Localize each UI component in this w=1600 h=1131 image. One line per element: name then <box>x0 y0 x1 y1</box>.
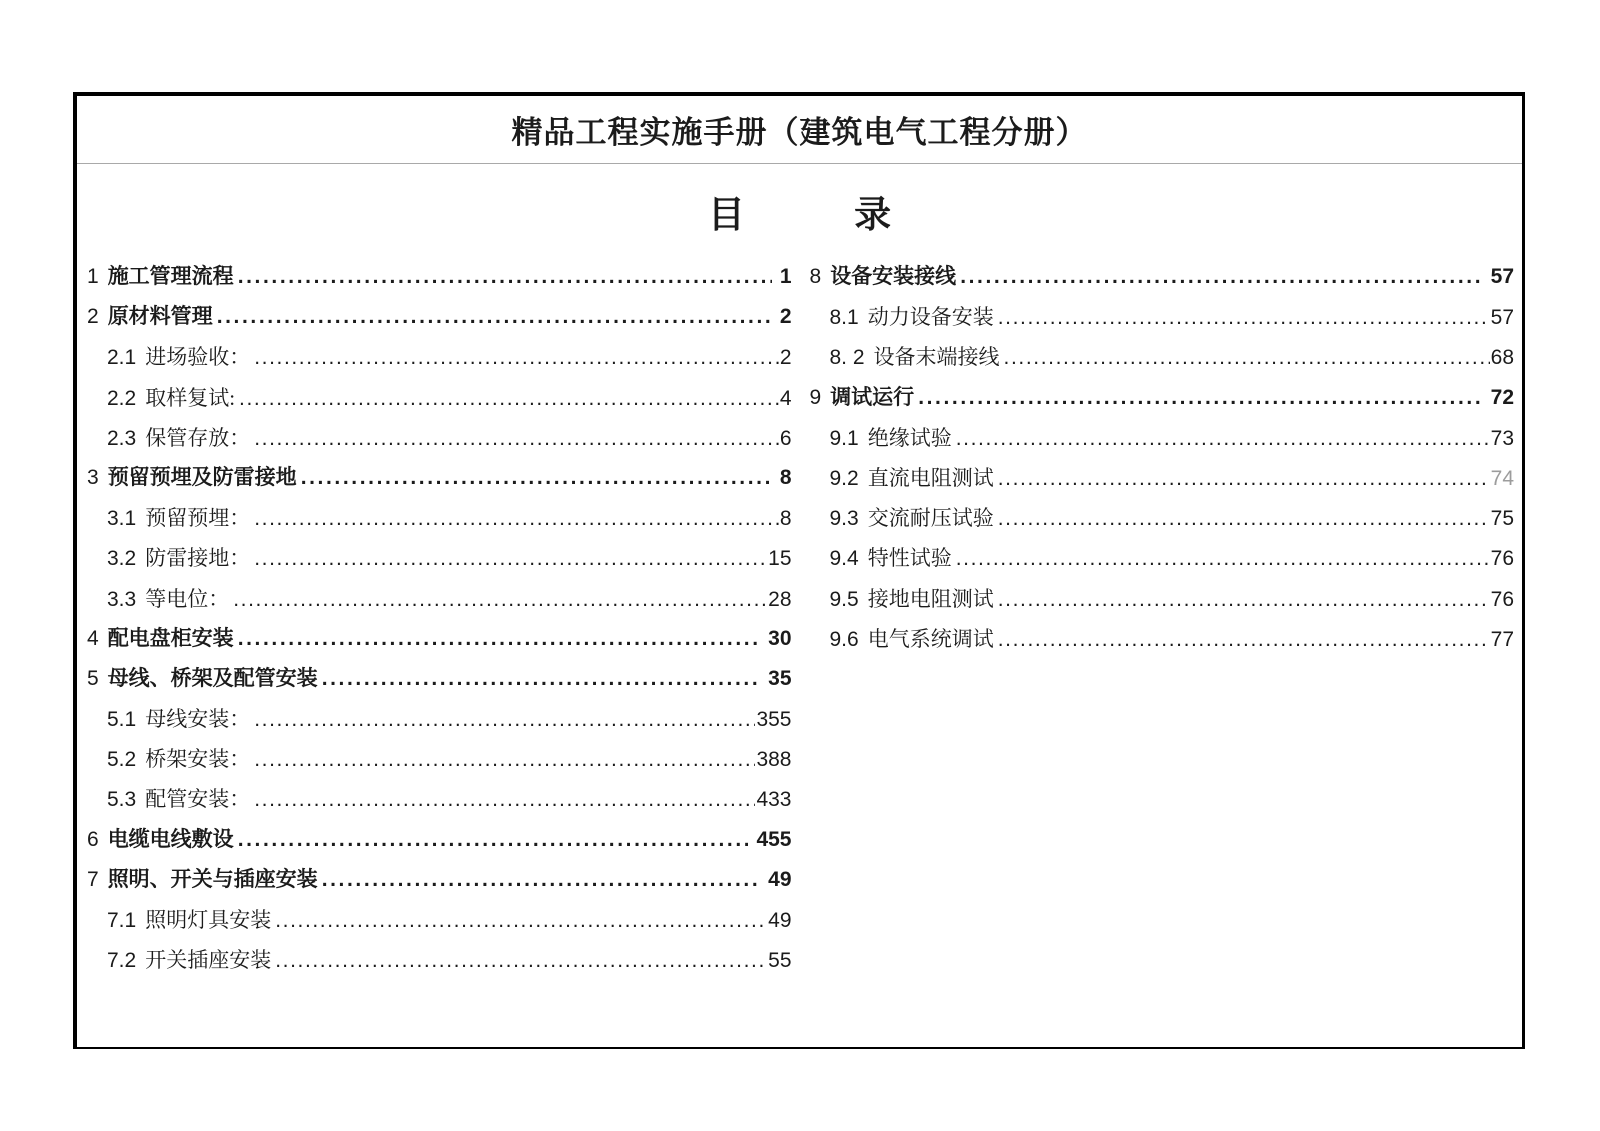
toc-leader-dots <box>254 539 767 579</box>
toc: 1施工管理流程12原材料管理22.1进场验收：22.2取样复试:42.3保管存放… <box>87 257 1514 980</box>
toc-entry-label: 母线安装： <box>145 699 250 739</box>
toc-entry: 1施工管理流程1 <box>87 257 792 297</box>
toc-entry-label: 设备末端接线 <box>874 337 1000 377</box>
toc-entry-number: 1 <box>87 257 99 297</box>
toc-entry-number: 9.5 <box>830 580 859 620</box>
toc-entry-label: 预留预埋及防雷接地 <box>108 458 297 498</box>
toc-leader-dots <box>998 459 1490 499</box>
toc-page-number: 30 <box>768 619 791 659</box>
toc-entry-label: 直流电阻测试 <box>868 458 994 498</box>
toc-entry-label: 桥架安装： <box>145 739 250 779</box>
toc-entry: 7照明、开关与插座安装49 <box>87 860 792 900</box>
toc-entry: 3.3等电位：28 <box>87 579 792 619</box>
toc-leader-dots <box>239 379 779 419</box>
toc-entry-label: 绝缘试验 <box>868 418 952 458</box>
toc-page-number: 57 <box>1491 257 1514 297</box>
toc-entry-number: 3.1 <box>107 499 136 539</box>
toc-entry-number: 5 <box>87 659 99 699</box>
toc-leader-dots <box>238 257 772 297</box>
toc-entry-label: 取样复试: <box>145 378 235 418</box>
toc-leader-dots <box>998 298 1490 338</box>
toc-leader-dots <box>254 780 755 820</box>
toc-page-number: 8 <box>780 499 792 539</box>
toc-leader-dots <box>960 257 1482 297</box>
toc-leader-dots <box>254 740 755 780</box>
toc-page-number: 1 <box>780 257 792 297</box>
toc-page-number: 8 <box>780 458 792 498</box>
toc-entry-number: 3 <box>87 458 99 498</box>
toc-entry-number: 3.2 <box>107 539 136 579</box>
toc-leader-dots <box>1004 338 1490 378</box>
toc-page-number: 74 <box>1491 459 1514 499</box>
toc-entry: 7.2开关插座安装55 <box>87 940 792 980</box>
toc-entry-number: 5.2 <box>107 740 136 780</box>
toc-page-number: 73 <box>1491 419 1514 459</box>
toc-leader-dots <box>301 458 772 498</box>
content-frame: 精品工程实施手册（建筑电气工程分册） 目 录 1施工管理流程12原材料管理22.… <box>73 92 1525 1049</box>
toc-leader-dots <box>998 620 1490 660</box>
toc-page-number: 35 <box>768 659 791 699</box>
toc-entry-label: 施工管理流程 <box>108 257 234 297</box>
toc-entry-label: 动力设备安装 <box>868 297 994 337</box>
toc-entry-number: 9.6 <box>830 620 859 660</box>
toc-page-number: 76 <box>1491 580 1514 620</box>
toc-page-number: 355 <box>756 700 791 740</box>
toc-entry: 9.4特性试验76 <box>810 538 1515 578</box>
toc-entry-number: 7 <box>87 860 99 900</box>
toc-heading: 目 录 <box>77 184 1522 238</box>
toc-entry-number: 8.1 <box>830 298 859 338</box>
toc-entry: 7.1照明灯具安装49 <box>87 900 792 940</box>
toc-entry: 2.3保管存放：6 <box>87 418 792 458</box>
toc-page-number: 6 <box>780 419 792 459</box>
toc-page-number: 433 <box>756 780 791 820</box>
toc-page-number: 77 <box>1491 620 1514 660</box>
toc-entry-label: 保管存放： <box>145 418 250 458</box>
toc-entry-number: 6 <box>87 820 99 860</box>
toc-entry-label: 设备安装接线 <box>830 257 956 297</box>
toc-leader-dots <box>322 860 760 900</box>
toc-entry: 2.2取样复试:4 <box>87 378 792 418</box>
toc-entry-number: 2 <box>87 297 99 337</box>
toc-entry: 5.3配管安装：433 <box>87 779 792 819</box>
toc-entry-label: 电气系统调试 <box>868 619 994 659</box>
toc-entry-label: 防雷接地： <box>145 538 250 578</box>
toc-leader-dots <box>217 297 772 337</box>
toc-entry: 6电缆电线敷设455 <box>87 820 792 860</box>
toc-entry: 8.1动力设备安装57 <box>810 297 1515 337</box>
toc-leader-dots <box>998 580 1490 620</box>
toc-entry-label: 接地电阻测试 <box>868 579 994 619</box>
toc-entry-number: 9.1 <box>830 419 859 459</box>
toc-column-right: 8设备安装接线578.1动力设备安装578. 2设备末端接线689调试运行729… <box>810 257 1515 980</box>
toc-entry-number: 5.3 <box>107 780 136 820</box>
toc-leader-dots <box>956 539 1490 579</box>
toc-entry: 9.2直流电阻测试74 <box>810 458 1515 498</box>
toc-leader-dots <box>254 419 779 459</box>
toc-entry-number: 8. 2 <box>830 338 865 378</box>
toc-entry: 5.1母线安装：355 <box>87 699 792 739</box>
toc-page-number: 455 <box>756 820 791 860</box>
toc-entry-label: 原材料管理 <box>108 297 213 337</box>
toc-leader-dots <box>233 580 767 620</box>
toc-entry-number: 9.3 <box>830 499 859 539</box>
toc-entry: 5母线、桥架及配管安装35 <box>87 659 792 699</box>
toc-entry-label: 配电盘柜安装 <box>108 619 234 659</box>
toc-entry-label: 照明灯具安装 <box>145 900 271 940</box>
toc-entry-label: 进场验收： <box>145 337 250 377</box>
toc-entry: 9.6电气系统调试77 <box>810 619 1515 659</box>
toc-page-number: 15 <box>768 539 791 579</box>
toc-page-number: 2 <box>780 297 792 337</box>
toc-page-number: 57 <box>1491 298 1514 338</box>
toc-entry: 9.1绝缘试验73 <box>810 418 1515 458</box>
toc-entry: 9.3交流耐压试验75 <box>810 498 1515 538</box>
toc-leader-dots <box>238 820 749 860</box>
toc-entry: 5.2桥架安装：388 <box>87 739 792 779</box>
toc-entry-label: 开关插座安装 <box>145 940 271 980</box>
toc-entry-number: 9 <box>810 378 822 418</box>
toc-page-number: 4 <box>780 379 792 419</box>
toc-entry-number: 8 <box>810 257 822 297</box>
toc-entry-number: 9.4 <box>830 539 859 579</box>
toc-entry-label: 调试运行 <box>830 378 914 418</box>
toc-entry-number: 3.3 <box>107 580 136 620</box>
toc-leader-dots <box>998 499 1490 539</box>
toc-entry: 9.5接地电阻测试76 <box>810 579 1515 619</box>
toc-page-number: 28 <box>768 580 791 620</box>
toc-entry: 8. 2设备末端接线68 <box>810 337 1515 377</box>
toc-entry-label: 照明、开关与插座安装 <box>108 860 318 900</box>
toc-page-number: 75 <box>1491 499 1514 539</box>
toc-leader-dots <box>918 378 1482 418</box>
toc-leader-dots <box>254 700 755 740</box>
document-header: 精品工程实施手册（建筑电气工程分册） <box>77 96 1522 164</box>
toc-entry-number: 2.2 <box>107 379 136 419</box>
toc-page-number: 49 <box>768 901 791 941</box>
toc-entry: 8设备安装接线57 <box>810 257 1515 297</box>
toc-entry-label: 交流耐压试验 <box>868 498 994 538</box>
toc-page-number: 68 <box>1491 338 1514 378</box>
toc-entry-label: 配管安装： <box>145 779 250 819</box>
toc-entry: 2.1进场验收：2 <box>87 337 792 377</box>
toc-page-number: 55 <box>768 941 791 981</box>
toc-leader-dots <box>238 619 760 659</box>
toc-entry: 3预留预埋及防雷接地8 <box>87 458 792 498</box>
toc-entry: 4配电盘柜安装30 <box>87 619 792 659</box>
toc-entry: 9调试运行72 <box>810 378 1515 418</box>
toc-entry: 3.1预留预埋：8 <box>87 498 792 538</box>
toc-entry-label: 电缆电线敷设 <box>108 820 234 860</box>
toc-entry-number: 9.2 <box>830 459 859 499</box>
toc-entry-number: 4 <box>87 619 99 659</box>
toc-entry-label: 预留预埋： <box>145 498 250 538</box>
toc-entry-number: 7.2 <box>107 941 136 981</box>
toc-page-number: 72 <box>1491 378 1514 418</box>
toc-leader-dots <box>275 941 767 981</box>
toc-entry-number: 2.1 <box>107 338 136 378</box>
toc-entry: 3.2防雷接地：15 <box>87 538 792 578</box>
toc-entry-number: 7.1 <box>107 901 136 941</box>
toc-leader-dots <box>254 499 779 539</box>
toc-page-number: 49 <box>768 860 791 900</box>
toc-column-left: 1施工管理流程12原材料管理22.1进场验收：22.2取样复试:42.3保管存放… <box>87 257 792 980</box>
toc-entry-label: 母线、桥架及配管安装 <box>108 659 318 699</box>
toc-leader-dots <box>322 659 760 699</box>
toc-leader-dots <box>956 419 1490 459</box>
toc-entry-number: 5.1 <box>107 700 136 740</box>
toc-entry-number: 2.3 <box>107 419 136 459</box>
toc-page-number: 388 <box>756 740 791 780</box>
toc-page-number: 2 <box>780 338 792 378</box>
document-title: 精品工程实施手册（建筑电气工程分册） <box>512 107 1088 152</box>
toc-leader-dots <box>254 338 779 378</box>
toc-leader-dots <box>275 901 767 941</box>
toc-entry: 2原材料管理2 <box>87 297 792 337</box>
toc-entry-label: 特性试验 <box>868 538 952 578</box>
toc-entry-label: 等电位： <box>145 579 229 619</box>
toc-page-number: 76 <box>1491 539 1514 579</box>
